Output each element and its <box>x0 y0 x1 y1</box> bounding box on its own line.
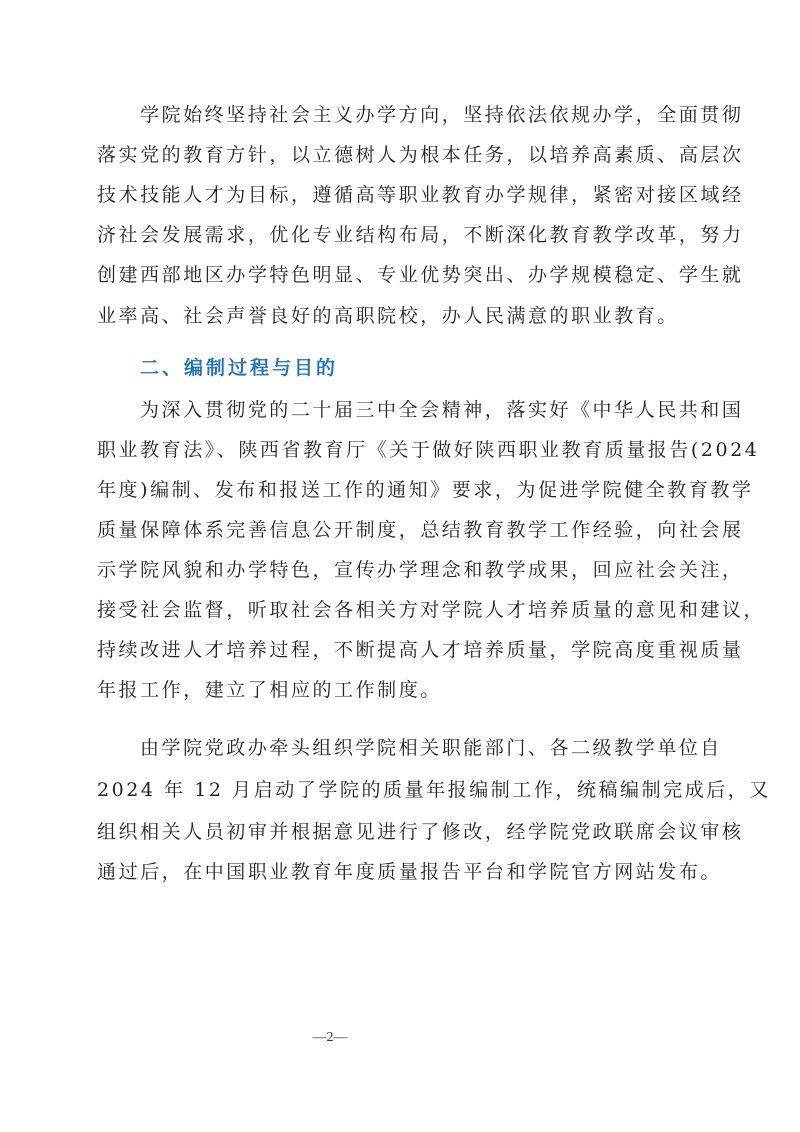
text-line: 通过后，在中国职业教育年度质量报告平台和学院官方网站发布。 <box>97 857 703 887</box>
text-line: 职业教育法》、陕西省教育厅《关于做好陕西职业教育质量报告(2024 <box>97 435 703 465</box>
text-line: 示学院风貌和办学特色，宣传办学理念和教学成果，回应社会关注， <box>97 555 703 585</box>
text-line: 济社会发展需求，优化专业结构布局，不断深化教育教学改革，努力 <box>97 220 703 250</box>
text-line: 质量保障体系完善信息公开制度，总结教育教学工作经验，向社会展 <box>97 515 703 545</box>
text-line: 为深入贯彻党的二十届三中全会精神，落实好《中华人民共和国 <box>140 395 703 425</box>
text-line: 由学院党政办牵头组织学院相关职能部门、各二级教学单位自 <box>140 733 703 763</box>
text-line: 年度)编制、发布和报送工作的通知》要求，为促进学院健全教育教学 <box>97 475 703 505</box>
text-line: 持续改进人才培养过程，不断提高人才培养质量，学院高度重视质量 <box>97 635 703 665</box>
text-line: 技术技能人才为目标，遵循高等职业教育办学规律，紧密对接区域经 <box>97 180 703 210</box>
text-line: 创建西部地区办学特色明显、专业优势突出、办学规模稳定、学生就 <box>97 260 703 290</box>
page-number: —2— <box>0 1030 660 1046</box>
text-line: 接受社会监督，听取社会各相关方对学院人才培养质量的意见和建议， <box>97 595 703 625</box>
text-line: 组织相关人员初审并根据意见进行了修改，经学院党政联席会议审核 <box>97 817 703 847</box>
text-line: 年报工作，建立了相应的工作制度。 <box>97 675 703 705</box>
section-heading: 二、编制过程与目的 <box>140 352 338 384</box>
document-page: 学院始终坚持社会主义办学方向，坚持依法依规办学，全面贯彻 落实党的教育方针，以立… <box>0 0 800 1132</box>
text-line: 学院始终坚持社会主义办学方向，坚持依法依规办学，全面贯彻 <box>140 100 703 130</box>
text-line: 业率高、社会声誉良好的高职院校，办人民满意的职业教育。 <box>97 301 703 331</box>
text-line: 落实党的教育方针，以立德树人为根本任务，以培养高素质、高层次 <box>97 140 703 170</box>
text-line: 2024 年 12 月启动了学院的质量年报编制工作，统稿编制完成后，又 <box>97 775 703 805</box>
